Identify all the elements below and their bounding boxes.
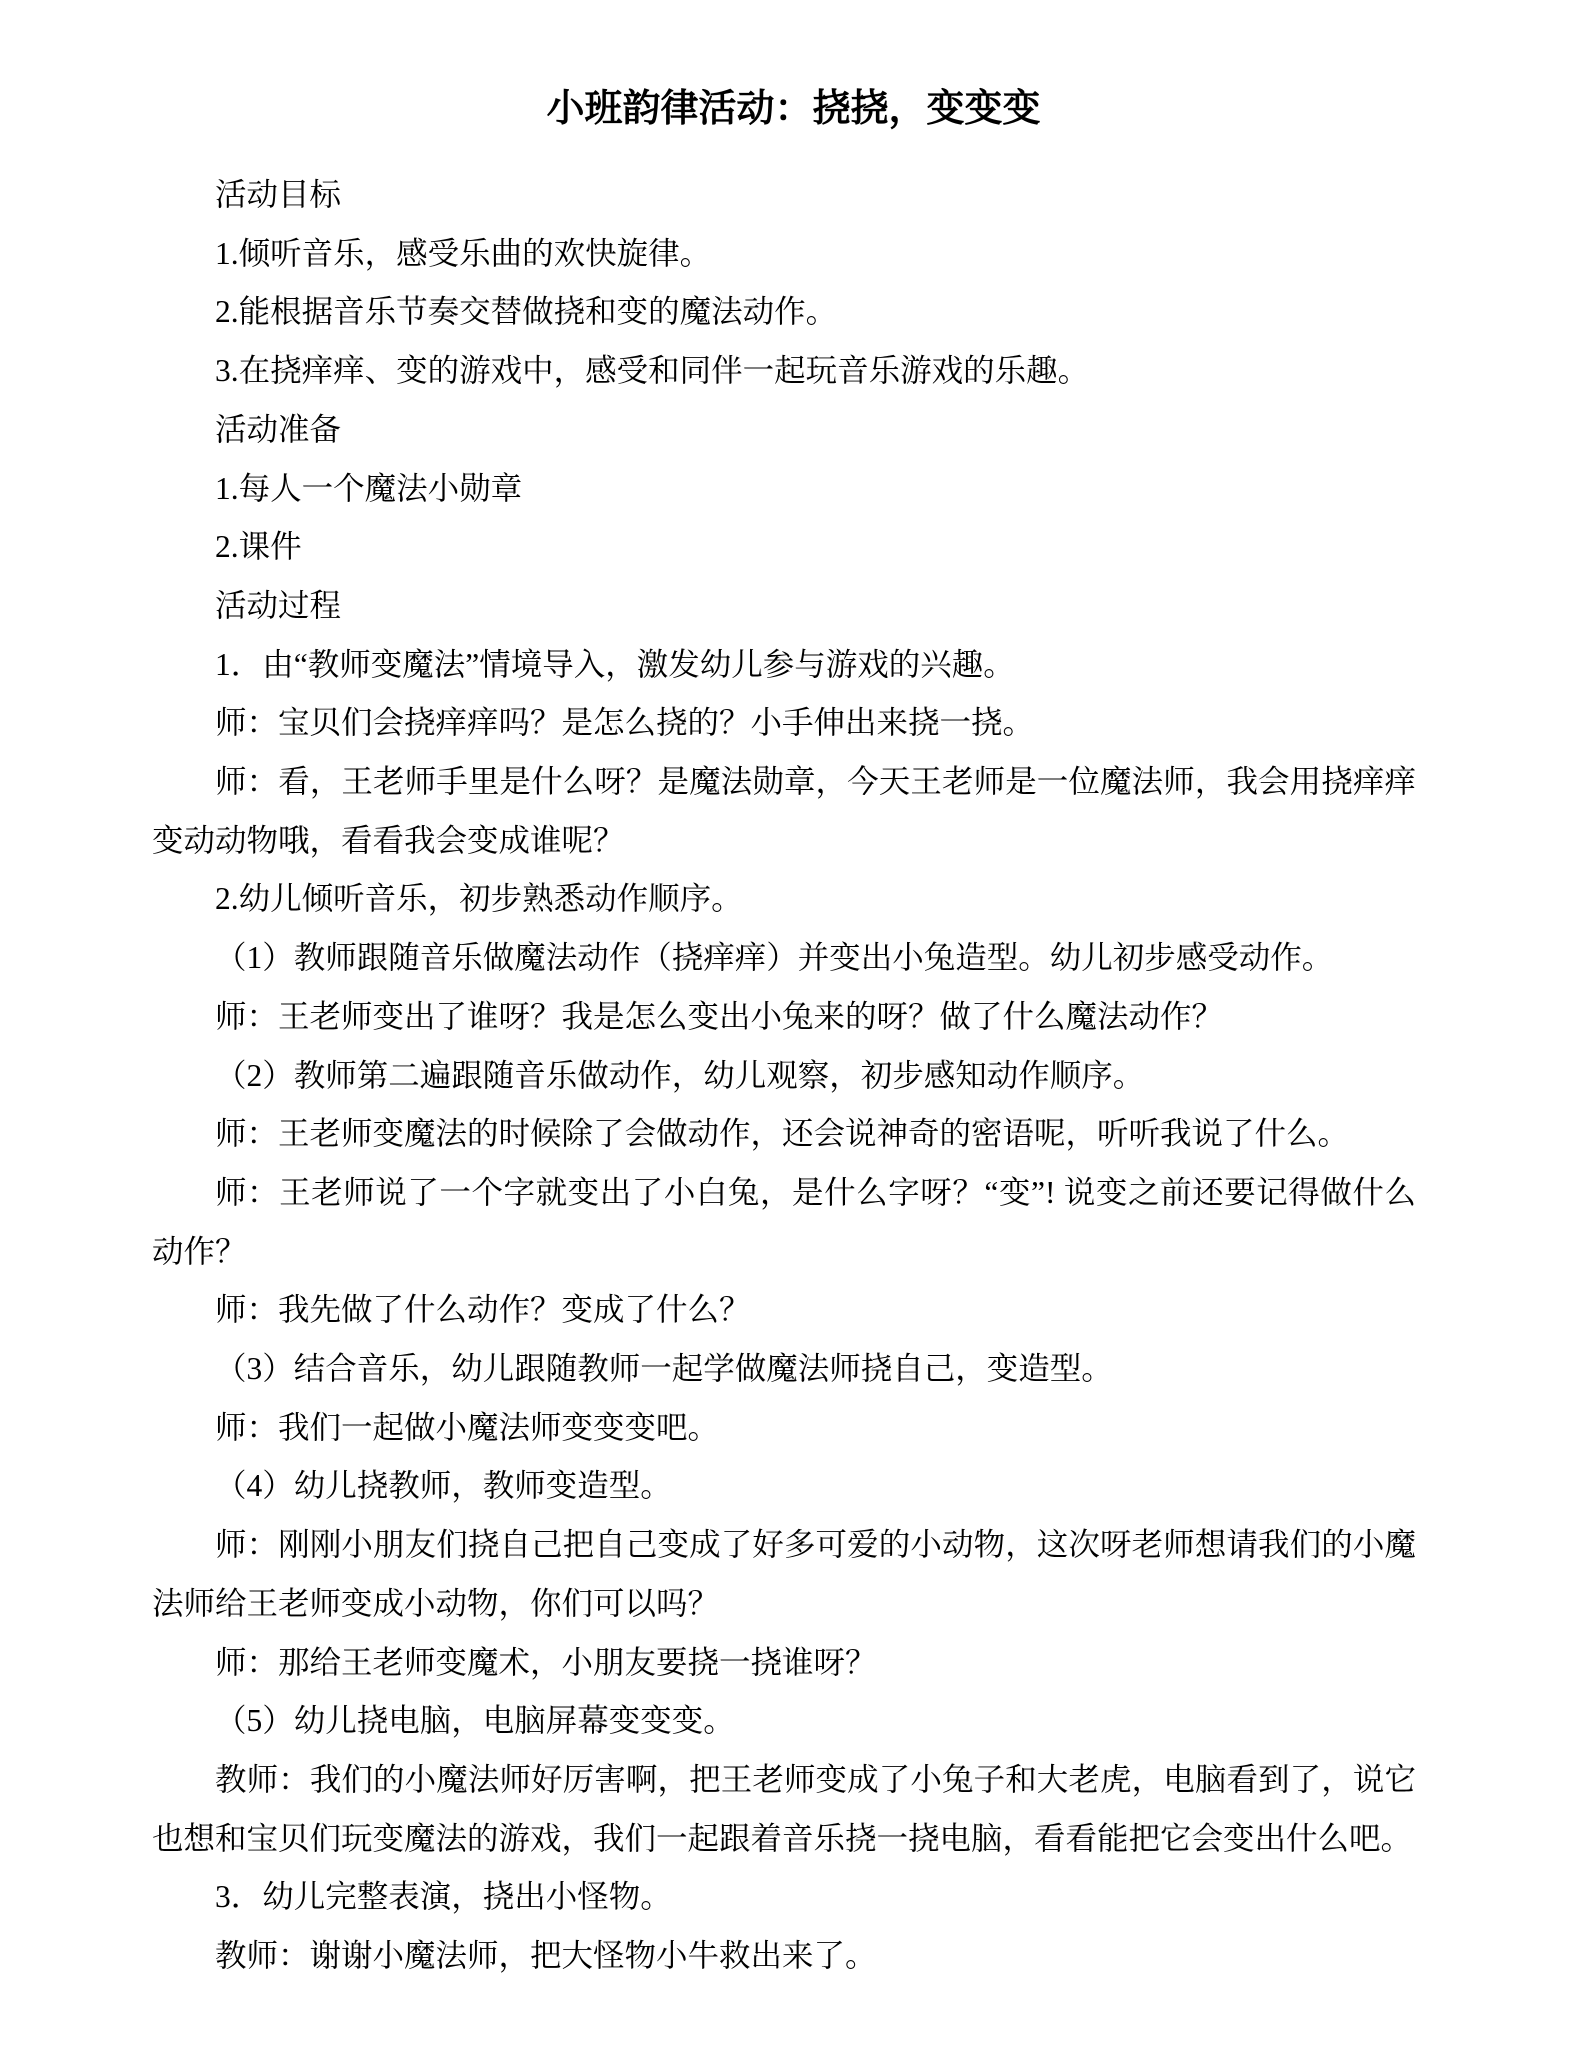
doc-paragraph: （4）幼儿挠教师，教师变造型。 [152,1457,1416,1516]
doc-paragraph: 2.能根据音乐节奏交替做挠和变的魔法动作。 [152,283,1416,342]
doc-paragraph: 师：我先做了什么动作？变成了什么？ [152,1281,1416,1340]
document-body: 活动目标 1.倾听音乐，感受乐曲的欢快旋律。 2.能根据音乐节奏交替做挠和变的魔… [152,166,1416,1986]
doc-paragraph: 师：刚刚小朋友们挠自己把自己变成了好多可爱的小动物，这次呀老师想请我们的小魔法师… [152,1516,1416,1633]
doc-paragraph: 师：王老师说了一个字就变出了小白兔，是什么字呀？“变”! 说变之前还要记得做什么… [152,1164,1416,1281]
doc-paragraph: 1.每人一个魔法小勋章 [152,460,1416,519]
heading-activity-goals: 活动目标 [152,166,1416,225]
doc-paragraph: 1.倾听音乐，感受乐曲的欢快旋律。 [152,225,1416,284]
doc-paragraph: 师：那给王老师变魔术，小朋友要挠一挠谁呀？ [152,1634,1416,1693]
doc-paragraph: 教师：我们的小魔法师好厉害啊，把王老师变成了小兔子和大老虎，电脑看到了，说它也想… [152,1751,1416,1868]
doc-paragraph: 师：我们一起做小魔法师变变变吧。 [152,1399,1416,1458]
doc-paragraph: （3）结合音乐，幼儿跟随教师一起学做魔法师挠自己，变造型。 [152,1340,1416,1399]
doc-paragraph: （2）教师第二遍跟随音乐做动作，幼儿观察，初步感知动作顺序。 [152,1047,1416,1106]
doc-paragraph: 2.幼儿倾听音乐，初步熟悉动作顺序。 [152,870,1416,929]
doc-paragraph: 1．由“教师变魔法”情境导入，激发幼儿参与游戏的兴趣。 [152,636,1416,695]
doc-paragraph: 教师：谢谢小魔法师，把大怪物小牛救出来了。 [152,1927,1416,1986]
doc-paragraph: 3.在挠痒痒、变的游戏中，感受和同伴一起玩音乐游戏的乐趣。 [152,342,1416,401]
doc-paragraph: 3．幼儿完整表演，挠出小怪物。 [152,1868,1416,1927]
doc-paragraph: 2.课件 [152,518,1416,577]
doc-paragraph: 师：王老师变出了谁呀？我是怎么变出小兔来的呀？做了什么魔法动作？ [152,988,1416,1047]
document-page: 小班韵律活动：挠挠，变变变 活动目标 1.倾听音乐，感受乐曲的欢快旋律。 2.能… [0,0,1587,2072]
document-title: 小班韵律活动：挠挠，变变变 [0,0,1587,134]
doc-paragraph: 师：宝贝们会挠痒痒吗？是怎么挠的？小手伸出来挠一挠。 [152,694,1416,753]
doc-paragraph: （1）教师跟随音乐做魔法动作（挠痒痒）并变出小兔造型。幼儿初步感受动作。 [152,929,1416,988]
doc-paragraph: 师：看，王老师手里是什么呀？是魔法勋章，今天王老师是一位魔法师，我会用挠痒痒变动… [152,753,1416,870]
doc-paragraph: （5）幼儿挠电脑，电脑屏幕变变变。 [152,1692,1416,1751]
heading-activity-process: 活动过程 [152,577,1416,636]
doc-paragraph: 师：王老师变魔法的时候除了会做动作，还会说神奇的密语呢，听听我说了什么。 [152,1105,1416,1164]
heading-activity-preparation: 活动准备 [152,401,1416,460]
